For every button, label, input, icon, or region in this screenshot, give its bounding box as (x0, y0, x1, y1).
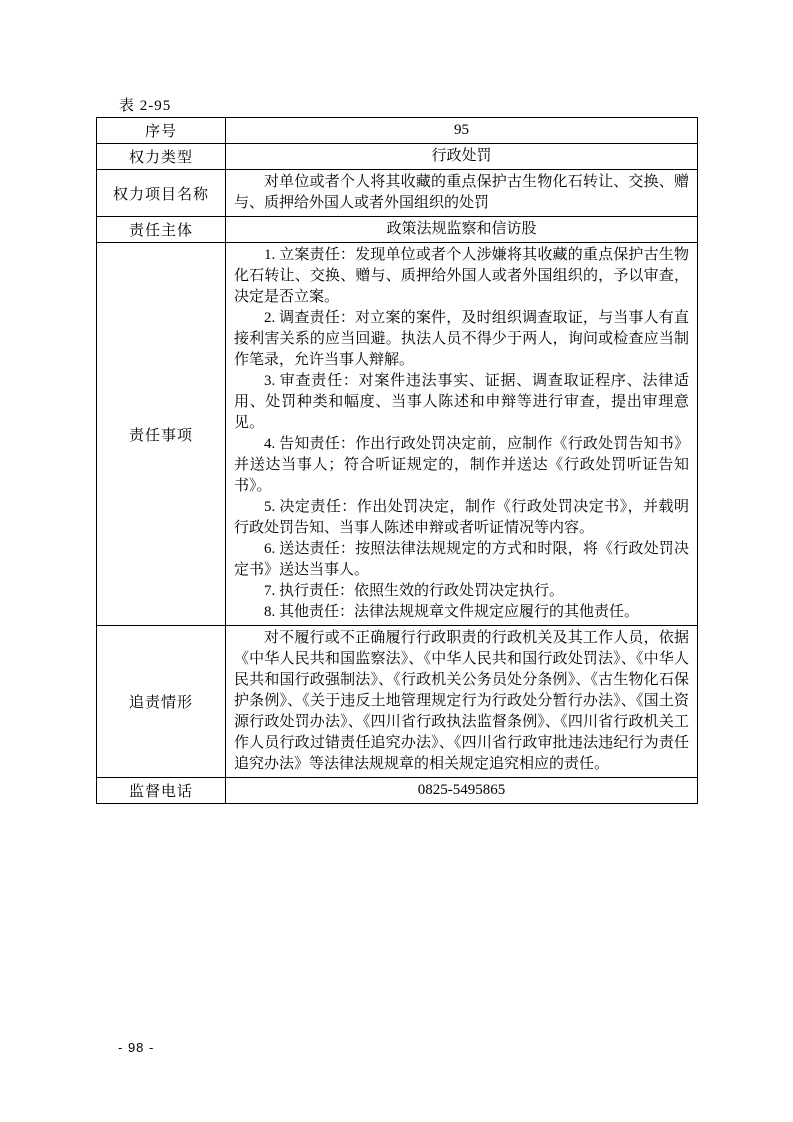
table-row-supervision-phone: 监督电话 0825-5495865 (97, 778, 698, 804)
power-name-value: 对单位或者个人将其收藏的重点保护古生物化石转让、交换、赠与、质押给外国人或者外国… (234, 172, 689, 214)
serial-value: 95 (226, 118, 698, 144)
accountability-value: 对不履行或不正确履行行政职责的行政机关及其工作人员，依据《中华人民共和国监察法》… (234, 628, 689, 775)
duty-item-8: 8. 其他责任：法律法规规章文件规定应履行的其他责任。 (234, 602, 689, 623)
page-number: - 98 - (118, 1040, 154, 1055)
table-row-responsible-entity: 责任主体 政策法规监察和信访股 (97, 217, 698, 243)
table-row-power-name: 权力项目名称 对单位或者个人将其收藏的重点保护古生物化石转让、交换、赠与、质押给… (97, 170, 698, 217)
duty-item-4: 4. 告知责任：作出行政处罚决定前，应制作《行政处罚告知书》并送达当事人；符合听… (234, 434, 689, 497)
duty-items-label: 责任事项 (97, 243, 226, 626)
power-type-label: 权力类型 (97, 144, 226, 170)
table-row-accountability: 追责情形 对不履行或不正确履行行政职责的行政机关及其工作人员，依据《中华人民共和… (97, 626, 698, 778)
power-type-value: 行政处罚 (226, 144, 698, 170)
power-duty-table: 序号 95 权力类型 行政处罚 权力项目名称 对单位或者个人将其收藏的重点保护古… (96, 117, 698, 804)
table-caption: 表 2-95 (119, 94, 171, 115)
duty-item-2: 2. 调查责任：对立案的案件，及时组织调查取证，与当事人有直接利害关系的应当回避… (234, 308, 689, 371)
duty-item-7: 7. 执行责任：依照生效的行政处罚决定执行。 (234, 581, 689, 602)
duty-item-5: 5. 决定责任：作出处罚决定，制作《行政处罚决定书》，并载明行政处罚告知、当事人… (234, 497, 689, 539)
document-page: 表 2-95 序号 95 权力类型 行政处罚 权力项目名称 对单位或者个人将其收… (0, 0, 793, 1122)
power-name-label: 权力项目名称 (97, 170, 226, 217)
duty-item-3: 3. 审查责任：对案件违法事实、证据、调查取证程序、法律适用、处罚种类和幅度、当… (234, 371, 689, 434)
accountability-label: 追责情形 (97, 626, 226, 778)
serial-label: 序号 (97, 118, 226, 144)
power-name-value-cell: 对单位或者个人将其收藏的重点保护古生物化石转让、交换、赠与、质押给外国人或者外国… (226, 170, 698, 217)
supervision-phone-value: 0825-5495865 (226, 778, 698, 804)
accountability-value-cell: 对不履行或不正确履行行政职责的行政机关及其工作人员，依据《中华人民共和国监察法》… (226, 626, 698, 778)
duty-items-value-cell: 1. 立案责任：发现单位或者个人涉嫌将其收藏的重点保护古生物化石转让、交换、赠与… (226, 243, 698, 626)
supervision-phone-label: 监督电话 (97, 778, 226, 804)
responsible-entity-value: 政策法规监察和信访股 (226, 217, 698, 243)
responsible-entity-label: 责任主体 (97, 217, 226, 243)
table-row-serial: 序号 95 (97, 118, 698, 144)
duty-item-6: 6. 送达责任：按照法律法规规定的方式和时限，将《行政处罚决定书》送达当事人。 (234, 539, 689, 581)
table-row-duty-items: 责任事项 1. 立案责任：发现单位或者个人涉嫌将其收藏的重点保护古生物化石转让、… (97, 243, 698, 626)
duty-item-1: 1. 立案责任：发现单位或者个人涉嫌将其收藏的重点保护古生物化石转让、交换、赠与… (234, 245, 689, 308)
table-row-power-type: 权力类型 行政处罚 (97, 144, 698, 170)
